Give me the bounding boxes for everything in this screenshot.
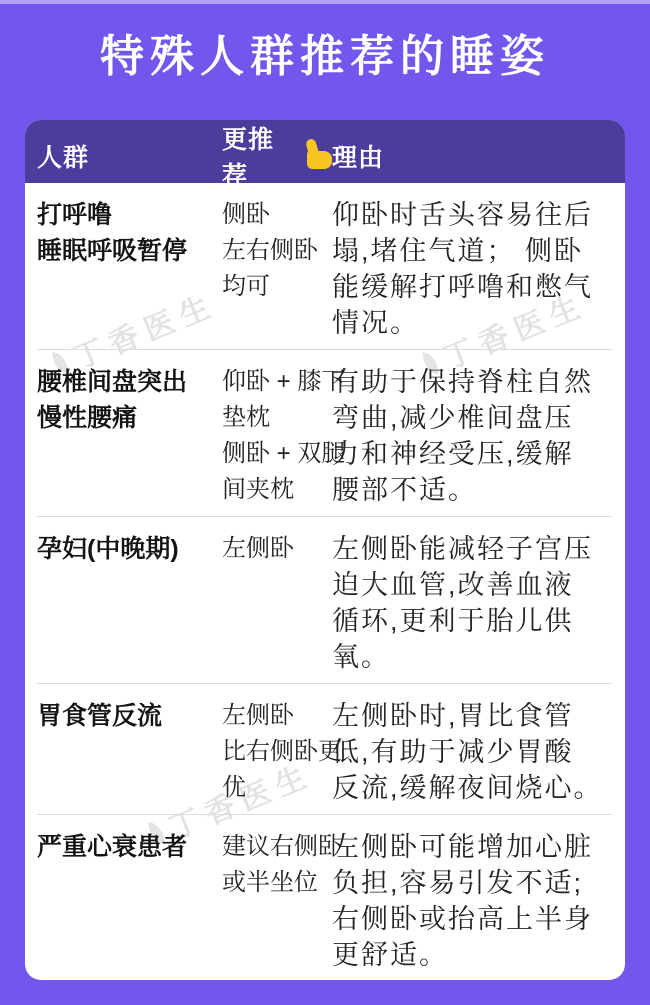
sleep-position-table: 人群 更推荐 理由 丁香医生 丁香医生 丁香医生 打呼噜睡眠呼吸暂停 侧卧左右侧… [25, 120, 625, 980]
text-line: 左侧卧 [222, 531, 332, 567]
text-line: 腰部不适。 [332, 472, 612, 508]
table-body: 丁香医生 丁香医生 丁香医生 打呼噜睡眠呼吸暂停 侧卧左右侧卧均可 仰卧时舌头容… [25, 183, 625, 980]
text-line: 更舒适。 [332, 937, 612, 973]
text-line: 左右侧卧 [222, 233, 332, 269]
text-line: 优 [222, 770, 332, 806]
header-recommended-label: 更推荐 [222, 120, 298, 192]
table-row: 打呼噜睡眠呼吸暂停 侧卧左右侧卧均可 仰卧时舌头容易往后塌,堵住气道； 侧卧能缓… [37, 183, 612, 349]
reason-cell: 左侧卧能减轻子宫压迫大血管,改善血液循环,更利于胎儿供氧。 [332, 531, 612, 675]
header-recommended: 更推荐 [222, 120, 332, 192]
reason-cell: 仰卧时舌头容易往后塌,堵住气道； 侧卧能缓解打呼噜和憋气情况。 [332, 197, 612, 341]
header-group-label: 人群 [37, 138, 89, 174]
group-cell: 打呼噜睡眠呼吸暂停 [37, 197, 222, 341]
infographic-page: { "title": "特殊人群推荐的睡姿", "watermark": { "… [0, 0, 650, 1005]
recommended-cell: 建议右侧卧或半坐位 [222, 829, 332, 973]
recommended-cell: 左侧卧 [222, 531, 332, 675]
text-line: 打呼噜 [37, 197, 222, 233]
text-line: 孕妇(中晚期) [37, 531, 222, 567]
text-line: 氧。 [332, 639, 612, 675]
reason-cell: 有助于保持脊柱自然弯曲,减少椎间盘压力和神经受压,缓解腰部不适。 [332, 364, 612, 508]
text-line: 能缓解打呼噜和憋气 [332, 269, 612, 305]
text-line: 左侧卧能减轻子宫压 [332, 531, 612, 567]
recommended-cell: 仰卧 + 膝下垫枕侧卧 + 双腿间夹枕 [222, 364, 332, 508]
group-cell: 孕妇(中晚期) [37, 531, 222, 675]
text-line: 负担,容易引发不适; [332, 865, 612, 901]
text-line: 右侧卧或抬高上半身 [332, 901, 612, 937]
text-line: 侧卧 + 双腿 [222, 436, 332, 472]
reason-cell: 左侧卧时,胃比食管低,有助于减少胃酸反流,缓解夜间烧心。 [332, 698, 612, 806]
text-line: 弯曲,减少椎间盘压 [332, 400, 612, 436]
header-reason: 理由 [332, 138, 612, 174]
text-line: 有助于保持脊柱自然 [332, 364, 612, 400]
text-line: 垫枕 [222, 400, 332, 436]
text-line: 循环,更利于胎儿供 [332, 603, 612, 639]
recommended-cell: 侧卧左右侧卧均可 [222, 197, 332, 341]
top-edge-highlight [0, 0, 650, 4]
text-line: 左侧卧时,胃比食管 [332, 698, 612, 734]
table-row: 严重心衰患者 建议右侧卧或半坐位 左侧卧可能增加心脏负担,容易引发不适;右侧卧或… [37, 814, 612, 980]
group-cell: 胃食管反流 [37, 698, 222, 806]
group-cell: 腰椎间盘突出慢性腰痛 [37, 364, 222, 508]
text-line: 建议右侧卧 [222, 829, 332, 865]
text-line: 低,有助于减少胃酸 [332, 734, 612, 770]
text-line: 腰椎间盘突出 [37, 364, 222, 400]
text-line: 睡眠呼吸暂停 [37, 233, 222, 269]
text-line: 均可 [222, 269, 332, 305]
table-row: 胃食管反流 左侧卧比右侧卧更优 左侧卧时,胃比食管低,有助于减少胃酸反流,缓解夜… [37, 683, 612, 814]
text-line: 或半坐位 [222, 865, 332, 901]
text-line: 力和神经受压,缓解 [332, 436, 612, 472]
recommended-cell: 左侧卧比右侧卧更优 [222, 698, 332, 806]
table-row: 腰椎间盘突出慢性腰痛 仰卧 + 膝下垫枕侧卧 + 双腿间夹枕 有助于保持脊柱自然… [37, 349, 612, 516]
group-cell: 严重心衰患者 [37, 829, 222, 973]
thumbs-up-icon [307, 151, 332, 169]
text-line: 严重心衰患者 [37, 829, 222, 865]
text-line: 侧卧 [222, 197, 332, 233]
text-line: 左侧卧可能增加心脏 [332, 829, 612, 865]
text-line: 胃食管反流 [37, 698, 222, 734]
text-line: 左侧卧 [222, 698, 332, 734]
table-header-row: 人群 更推荐 理由 [25, 120, 625, 183]
page-title: 特殊人群推荐的睡姿 [0, 28, 650, 86]
text-line: 间夹枕 [222, 472, 332, 508]
reason-cell: 左侧卧可能增加心脏负担,容易引发不适;右侧卧或抬高上半身更舒适。 [332, 829, 612, 973]
text-line: 迫大血管,改善血液 [332, 567, 612, 603]
header-group: 人群 [37, 138, 222, 174]
text-line: 仰卧时舌头容易往后 [332, 197, 612, 233]
text-line: 慢性腰痛 [37, 400, 222, 436]
text-line: 比右侧卧更 [222, 734, 332, 770]
header-reason-label: 理由 [332, 138, 384, 174]
text-line: 反流,缓解夜间烧心。 [332, 770, 612, 806]
table-row: 孕妇(中晚期) 左侧卧 左侧卧能减轻子宫压迫大血管,改善血液循环,更利于胎儿供氧… [37, 516, 612, 683]
text-line: 仰卧 + 膝下 [222, 364, 332, 400]
text-line: 塌,堵住气道； 侧卧 [332, 233, 612, 269]
text-line: 情况。 [332, 305, 612, 341]
